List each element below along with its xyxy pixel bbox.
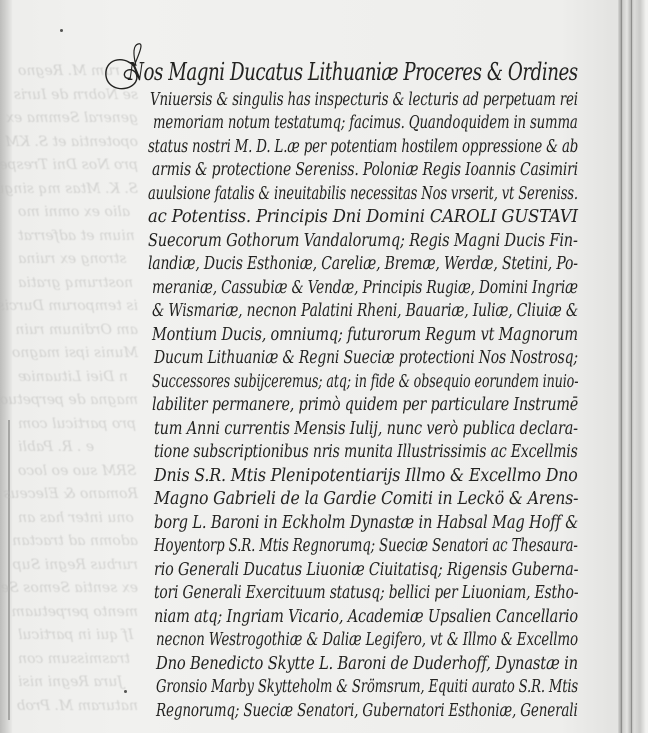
text-line: niam atq; Ingriam Vicario, Academiæ Upsa…: [154, 607, 578, 627]
manuscript-text: Nos Magni Ducatus Lithuaniæ Proceres & O…: [0, 0, 648, 733]
text-line: Regnorumq; Sueciæ Senatori, Gubernatori …: [156, 701, 578, 721]
text-line: Dno Benedicto Skytte L. Baroni de Duderh…: [156, 654, 578, 674]
manuscript-page: rum M. Regno se Nobrn de Iuris general S…: [0, 0, 648, 733]
text-line: status nostri M. D. L.æ per potentiam ho…: [148, 137, 578, 157]
text-line: Suecorum Gothorum Vandalorumq; Regis Mag…: [148, 231, 578, 251]
text-line: Vniuersis & singulis has inspecturis & l…: [150, 90, 578, 110]
text-line: tione subscriptionibus nris munita Illus…: [154, 442, 578, 462]
text-line: meraniæ, Cassubiæ & Vendæ, Principis Rug…: [152, 278, 578, 298]
text-line: tum Anni currentis Mensis Iulij, nunc ve…: [154, 419, 578, 439]
text-line: & Wismariæ, necnon Palatini Rheni, Bauar…: [152, 301, 578, 321]
text-line: Dnis S.R. Mtis Plenipotentiarijs Illmo &…: [154, 466, 578, 486]
text-line: necnon Westrogothiæ & Daliæ Legifero, vt…: [156, 630, 578, 650]
text-line: Ducum Lithuaniæ & Regni Sueciæ protectio…: [154, 348, 578, 368]
text-line: borg L. Baroni in Eckholm Dynastæ in Hab…: [154, 513, 578, 533]
text-line: ac Potentiss. Principis Dni Domini CAROL…: [148, 207, 578, 227]
ink-speck: [60, 29, 63, 32]
text-line: auulsione fatalis & ineuitabilis necessi…: [148, 184, 578, 204]
text-line: labiliter permanere, primò quidem per pa…: [152, 395, 578, 415]
text-line: Montium Ducis, omniumq; futurorum Regum …: [152, 325, 578, 345]
text-line: armis & protectione Sereniss. Poloniæ Re…: [152, 160, 578, 180]
text-line: landiæ, Ducis Esthoniæ, Careliæ, Bremæ, …: [148, 254, 578, 274]
text-line: Successores subijceremus; atq; in fide &…: [152, 372, 578, 392]
text-line: memoriam notum testatumq; facimus. Quand…: [153, 113, 578, 133]
ink-speck: [124, 690, 127, 693]
text-line: Nos Magni Ducatus Lithuaniæ Proceres & O…: [128, 58, 578, 86]
text-line: tori Generali Exercituum statusq; bellic…: [154, 583, 578, 603]
text-line: Hoyentorp S.R. Mtis Regnorumq; Sueciæ Se…: [154, 536, 578, 556]
text-line: Gronsio Marby Skytteholm & Srömsrum, Equ…: [156, 677, 578, 697]
text-line: rio Generali Ducatus Liuoniæ Ciuitatisq;…: [154, 560, 578, 580]
text-line: Magno Gabrieli de la Gardie Comiti in Le…: [154, 489, 578, 509]
